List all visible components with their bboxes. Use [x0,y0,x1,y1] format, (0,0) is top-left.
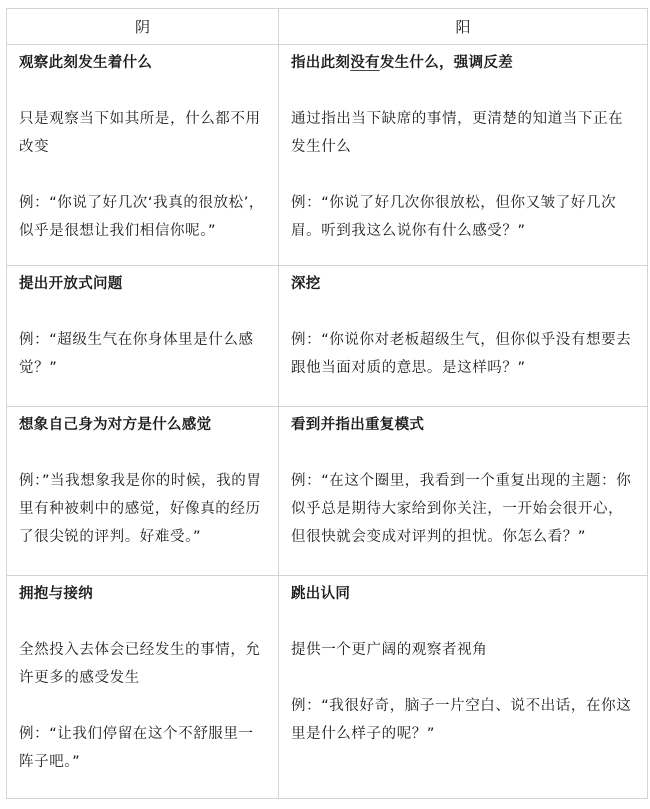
cell-example: 例：”当我想象我是你的时候，我的胃里有种被刺中的感觉，好像真的经历了很尖锐的评判… [19,467,266,551]
cell-description: 只是观察当下如其所是，什么都不用改变 [19,105,266,161]
cell-yang-contrast: 指出此刻没有发生什么，强调反差 通过指出当下缺席的事情，更清楚的知道当下正在发生… [279,45,648,266]
cell-example: 例：“你说了好几次你很放松，但你又皱了好几次眉。听到我这么说你有什么感受？” [291,189,635,245]
cell-yin-embrace: 拥抱与接纳 全然投入去体会已经发生的事情，允许更多的感受发生 例：“让我们停留在… [7,576,279,799]
cell-example: 例：“超级生气在你身体里是什么感觉？” [19,326,266,382]
cell-example: 例：“我很好奇，脑子一片空白、说不出话，在你这里是什么样子的呢？” [291,692,635,748]
cell-title: 深挖 [291,270,635,298]
cell-example: 例：“在这个圈里，我看到一个重复出现的主题：你似乎总是期待大家给到你关注，一开始… [291,467,635,551]
yin-yang-comparison-table: 阴 阳 观察此刻发生着什么 只是观察当下如其所是，什么都不用改变 例：“你说了好… [6,8,648,799]
table-row: 想象自己身为对方是什么感觉 例：”当我想象我是你的时候，我的胃里有种被刺中的感觉… [7,407,648,576]
table-row: 提出开放式问题 例：“超级生气在你身体里是什么感觉？” 深挖 例：“你说你对老板… [7,266,648,407]
table-row: 拥抱与接纳 全然投入去体会已经发生的事情，允许更多的感受发生 例：“让我们停留在… [7,576,648,799]
cell-yang-pattern: 看到并指出重复模式 例：“在这个圈里，我看到一个重复出现的主题：你似乎总是期待大… [279,407,648,576]
header-yang: 阳 [279,9,648,45]
title-underlined: 没有 [350,55,380,71]
cell-example: 例：“让我们停留在这个不舒服里一阵子吧。” [19,720,266,776]
cell-title: 跳出认同 [291,580,635,608]
title-part: 指出此刻 [291,55,350,71]
cell-example: 例：“你说你对老板超级生气，但你似乎没有想要去跟他当面对质的意思。是这样吗？” [291,326,635,382]
cell-yin-open-question: 提出开放式问题 例：“超级生气在你身体里是什么感觉？” [7,266,279,407]
cell-title: 指出此刻没有发生什么，强调反差 [291,49,635,77]
cell-yang-dig-deep: 深挖 例：“你说你对老板超级生气，但你似乎没有想要去跟他当面对质的意思。是这样吗… [279,266,648,407]
header-yin: 阴 [7,9,279,45]
title-part: 发生什么，强调反差 [380,55,513,71]
table-row: 观察此刻发生着什么 只是观察当下如其所是，什么都不用改变 例：“你说了好几次‘我… [7,45,648,266]
table-header-row: 阴 阳 [7,9,648,45]
cell-title: 想象自己身为对方是什么感觉 [19,411,266,439]
cell-title: 拥抱与接纳 [19,580,266,608]
cell-yang-disidentify: 跳出认同 提供一个更广阔的观察者视角 例：“我很好奇，脑子一片空白、说不出话，在… [279,576,648,799]
cell-description: 提供一个更广阔的观察者视角 [291,636,635,664]
cell-title: 看到并指出重复模式 [291,411,635,439]
cell-title: 提出开放式问题 [19,270,266,298]
cell-description: 全然投入去体会已经发生的事情，允许更多的感受发生 [19,636,266,692]
cell-yin-empathy: 想象自己身为对方是什么感觉 例：”当我想象我是你的时候，我的胃里有种被刺中的感觉… [7,407,279,576]
cell-description: 通过指出当下缺席的事情，更清楚的知道当下正在发生什么 [291,105,635,161]
cell-title: 观察此刻发生着什么 [19,49,266,77]
cell-yin-observe: 观察此刻发生着什么 只是观察当下如其所是，什么都不用改变 例：“你说了好几次‘我… [7,45,279,266]
cell-example: 例：“你说了好几次‘我真的很放松’，似乎是很想让我们相信你呢。” [19,189,266,245]
